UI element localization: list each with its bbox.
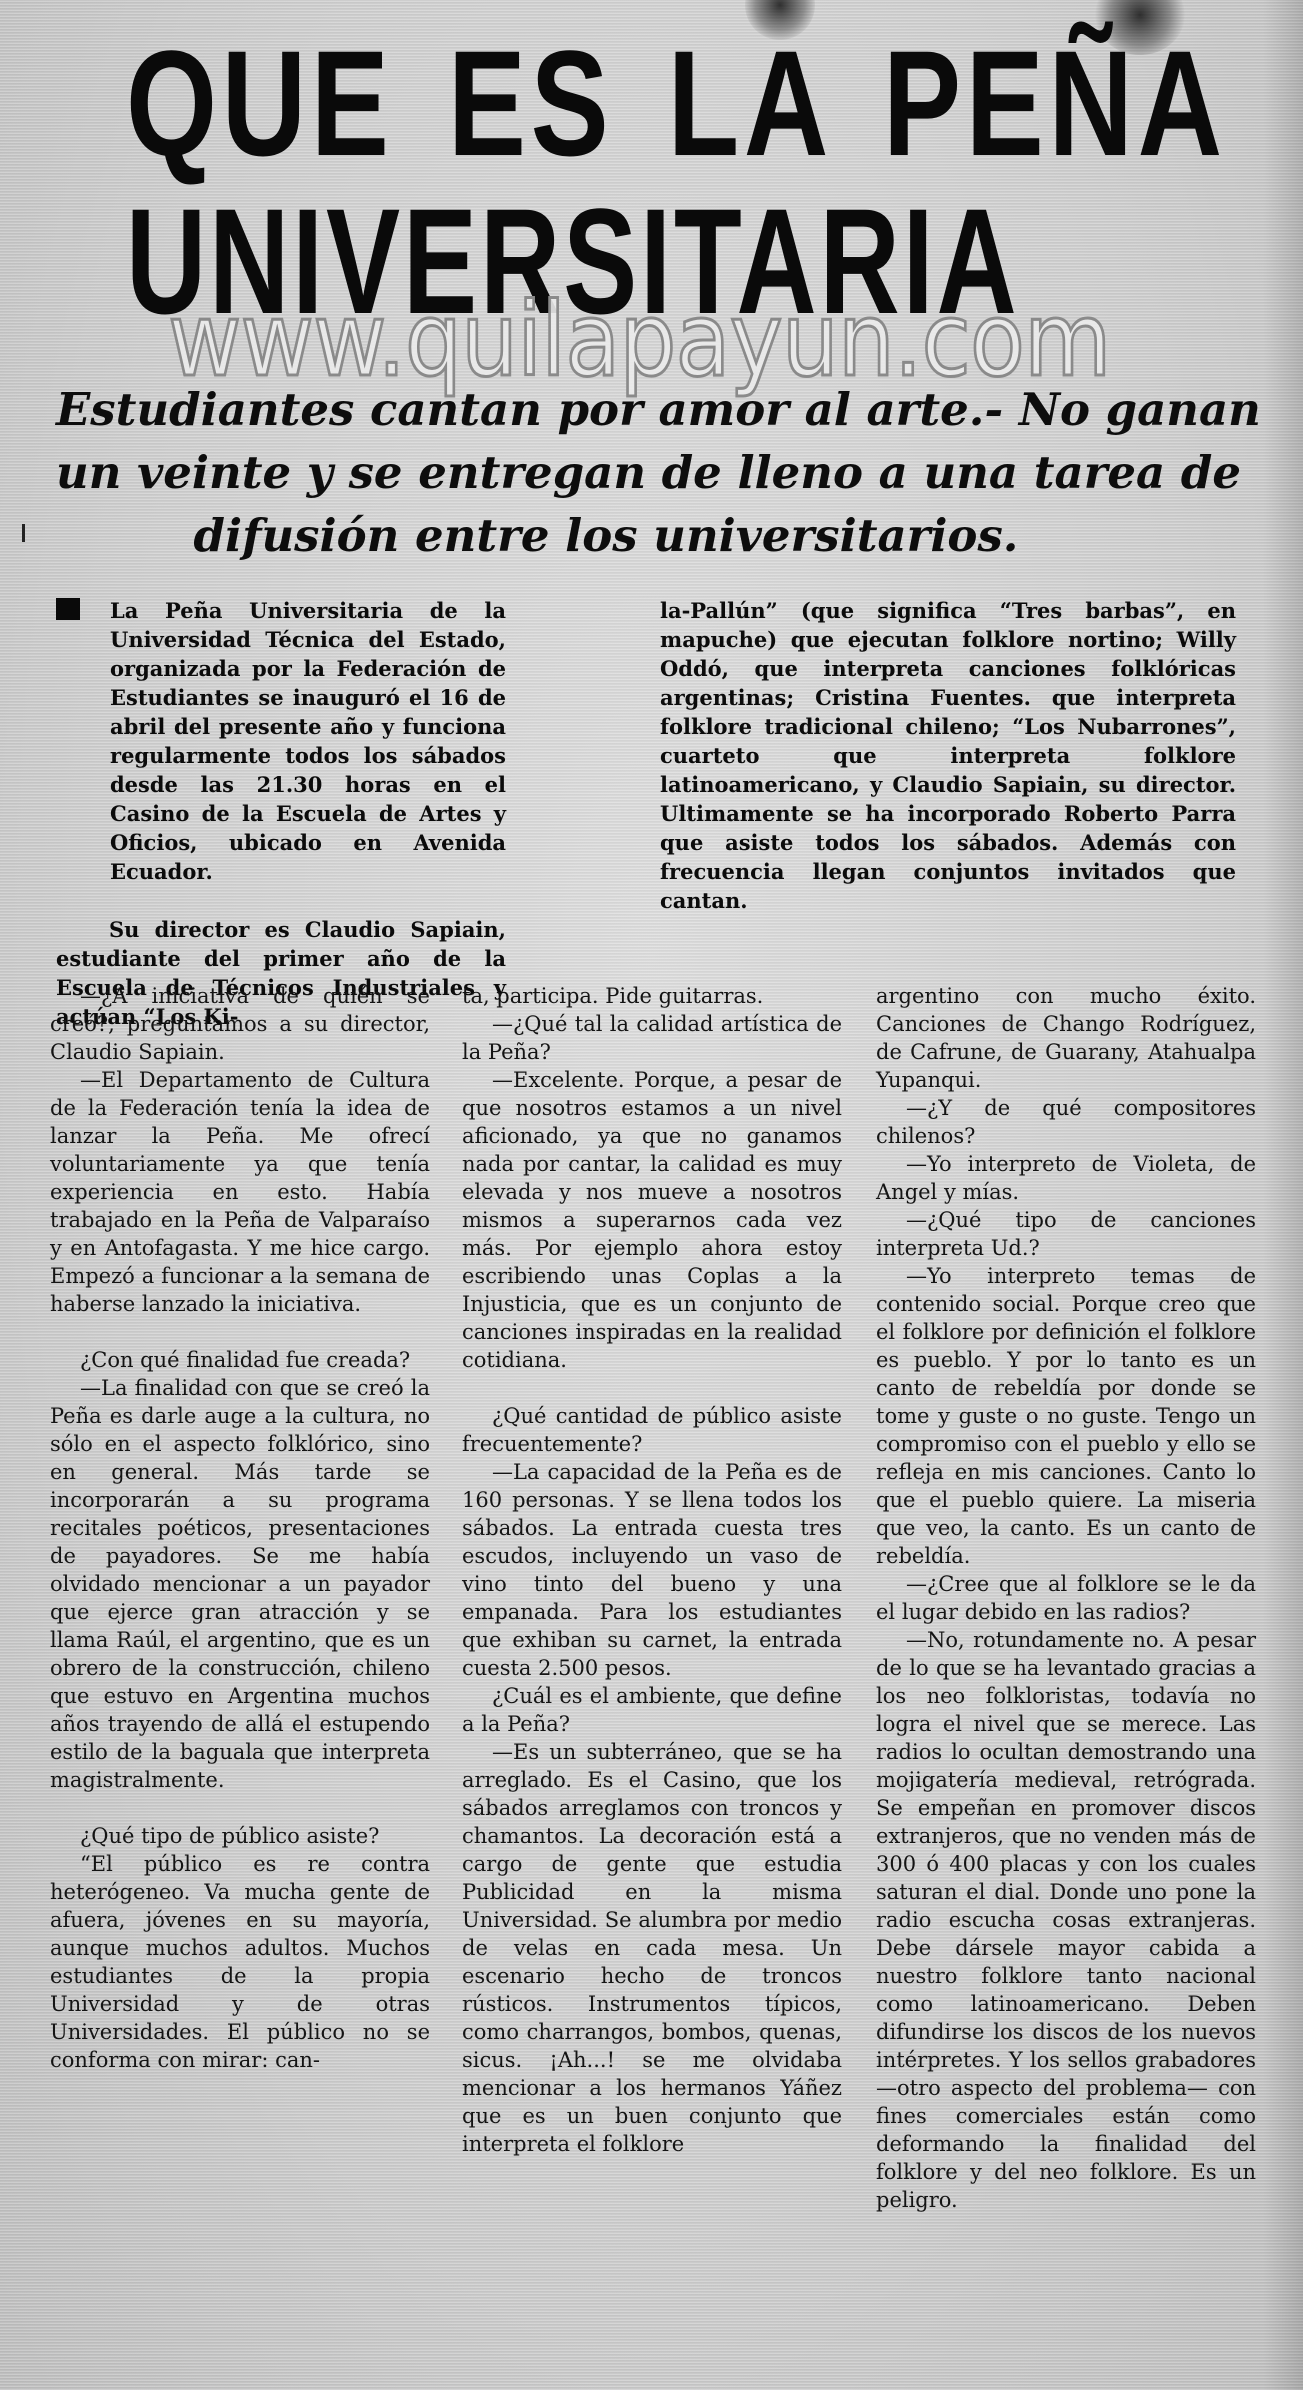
subtitle-line-2: un veinte y se entregan de lleno a una t…	[56, 441, 1216, 504]
subtitle: Estudiantes cantan por amor al arte.- No…	[56, 378, 1216, 567]
body-column-1: —¿A iniciativa de quién se creó?, pregun…	[50, 982, 430, 2074]
interview-paragraph: —La finalidad con que se creó la Peña es…	[50, 1374, 430, 1794]
interview-question: —¿Qué tipo de canciones interpreta Ud.?	[876, 1206, 1256, 1262]
interview-paragraph: —Yo interpreto temas de contenido social…	[876, 1262, 1256, 1570]
body-column-3: argentino con mucho éxito. Canciones de …	[876, 982, 1256, 2214]
interview-question: ¿Qué tipo de público asiste?	[50, 1822, 430, 1850]
margin-mark	[22, 524, 25, 542]
intro-paragraph-text: La Peña Universitaria de la Universidad …	[110, 598, 506, 884]
interview-question: —¿Cree que al folklore se le da el lugar…	[876, 1570, 1256, 1626]
interview-paragraph: —Es un subterráneo, que se ha arreglado.…	[462, 1738, 842, 2158]
interview-question: ¿Cuál es el ambiente, que define a la Pe…	[462, 1682, 842, 1738]
body-column-2: ta, participa. Pide guitarras. —¿Qué tal…	[462, 982, 842, 2158]
headline-line-1: QUE ES LA PEÑA	[126, 28, 1227, 178]
intro-column-1: La Peña Universitaria de la Universidad …	[56, 596, 506, 1031]
interview-paragraph: “El público es re contra heterógeneo. Va…	[50, 1850, 430, 2074]
interview-paragraph: —No, rotundamente no. A pesar de lo que …	[876, 1626, 1256, 2214]
interview-question: —¿Y de qué compositores chilenos?	[876, 1094, 1256, 1150]
interview-paragraph: —El Departamento de Cultura de la Federa…	[50, 1066, 430, 1318]
interview-question: ¿Qué cantidad de público asiste frecuent…	[462, 1402, 842, 1458]
subtitle-line-1: Estudiantes cantan por amor al arte.- No…	[56, 378, 1216, 441]
interview-paragraph: argentino con mucho éxito. Canciones de …	[876, 982, 1256, 1094]
interview-paragraph: ta, participa. Pide guitarras.	[462, 982, 842, 1010]
watermark: www.quilapayun.com	[168, 290, 1111, 392]
interview-paragraph: —¿A iniciativa de quién se creó?, pregun…	[50, 982, 430, 1066]
interview-paragraph: —Yo interpreto de Violeta, de Angel y mí…	[876, 1150, 1256, 1206]
subtitle-line-3: difusión entre los universitarios.	[56, 504, 1216, 567]
square-bullet-icon	[56, 598, 80, 620]
interview-question: —¿Qué tal la calidad artística de la Peñ…	[462, 1010, 842, 1066]
page-edge-shadow	[1263, 0, 1303, 2390]
intro-paragraph: La Peña Universitaria de la Universidad …	[56, 596, 506, 886]
intro-paragraph: la-Pallún” (que significa “Tres barbas”,…	[660, 596, 1236, 915]
intro-column-2: la-Pallún” (que significa “Tres barbas”,…	[660, 596, 1236, 915]
interview-question: ¿Con qué finalidad fue creada?	[50, 1346, 430, 1374]
interview-paragraph: —La capacidad de la Peña es de 160 perso…	[462, 1458, 842, 1682]
interview-paragraph: —Excelente. Porque, a pesar de que nosot…	[462, 1066, 842, 1374]
